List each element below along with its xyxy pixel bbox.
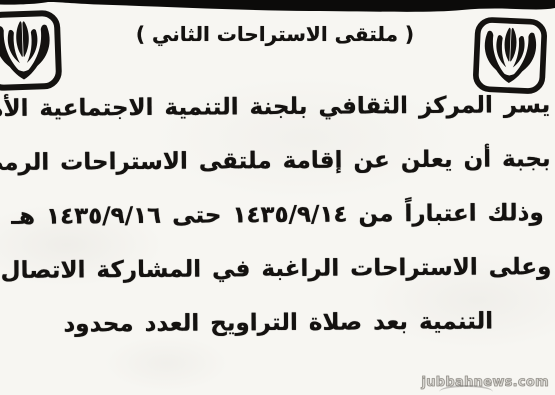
- announcement-line-2: بجبة أن يعلن عن إقامة ملتقى الاستراحات ا…: [3, 132, 550, 190]
- announcement-body: يسر المركز الثقافي بلجنة التنمية الاجتما…: [3, 78, 552, 352]
- scan-smudge: [439, 385, 493, 395]
- announcement-title: ( ملتقى الاستراحات الثاني ): [110, 22, 440, 46]
- announcement-line-5: التنمية بعد صلاة التراويح العدد محدود: [5, 294, 552, 352]
- scan-top-edge: [0, 0, 555, 14]
- announcement-line-4: وعلى الاستراحات الراغبة في المشاركة الات…: [4, 240, 551, 298]
- announcement-line-1: يسر المركز الثقافي بلجنة التنمية الاجتما…: [3, 78, 550, 136]
- announcement-line-3: وذلك اعتباراً من ١٤٣٥/٩/١٤ حتى ١٤٣٥/٩/١٦…: [4, 186, 551, 244]
- scanned-announcement-page: ( ملتقى الاستراحات الثاني ) يسر المركز ا…: [0, 0, 555, 395]
